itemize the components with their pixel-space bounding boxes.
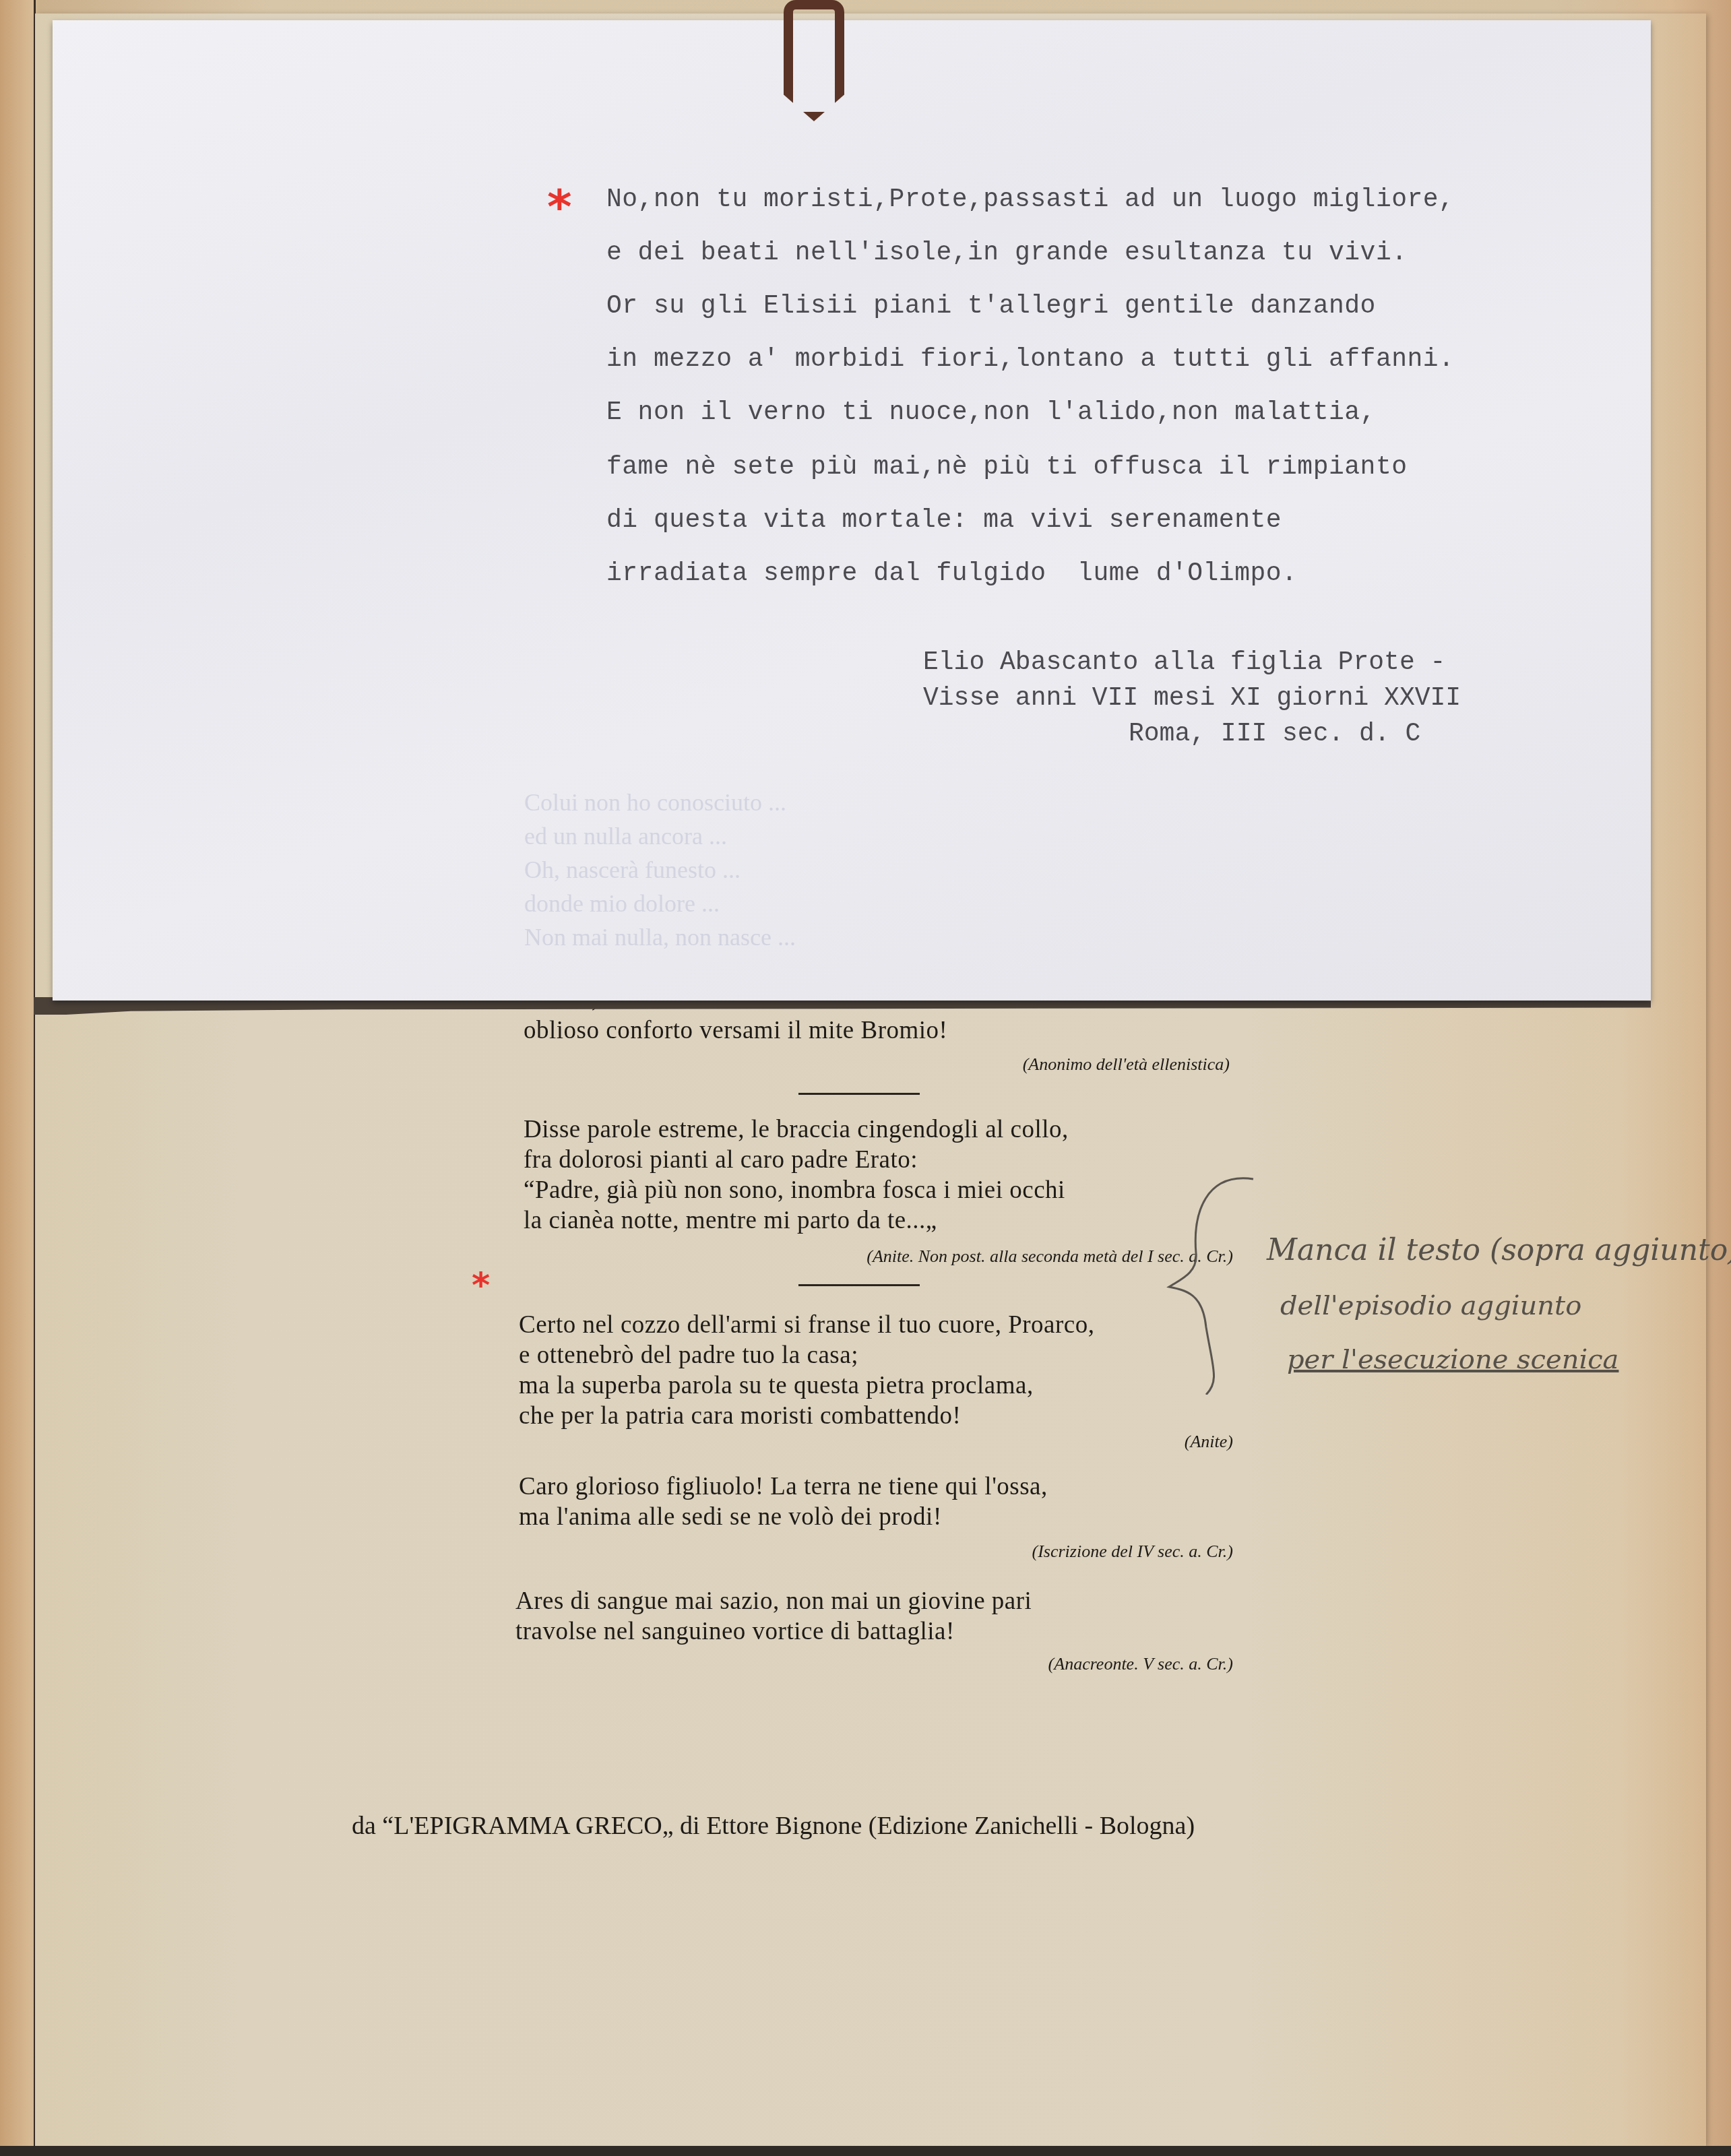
poem-line-6: fame nè sete più mai,nè più ti offusca i… xyxy=(606,453,1408,482)
handwritten-note-line-2: dell'episodio aggiunto xyxy=(1280,1290,1581,1321)
epigram-4-line-2: ma l'anima alle sedi se ne volò dei prod… xyxy=(519,1502,942,1531)
epigram-5-line-2: travolse nel sanguineo vortice di battag… xyxy=(515,1617,955,1646)
epigram-3-line-4: che per la patria cara moristi combatten… xyxy=(519,1401,961,1430)
table-surface xyxy=(0,2146,1731,2156)
epigram-4-line-1: Caro glorioso figliuolo! La terra ne tie… xyxy=(519,1472,1048,1501)
poem-line-4: in mezzo a' morbidi fiori,lontano a tutt… xyxy=(606,345,1454,374)
poem-line-3: Or su gli Elisii piani t'allegri gentile… xyxy=(606,292,1376,321)
binding-edge xyxy=(0,0,36,2156)
signature-line-1: Elio Abascanto alla figlia Prote - xyxy=(923,648,1445,677)
epigram-5-citation: (Anacreonte. V sec. a. Cr.) xyxy=(896,1654,1233,1674)
poem-line-2: e dei beati nell'isole,in grande esultan… xyxy=(606,239,1408,267)
red-asterisk-marker: * xyxy=(472,1268,490,1303)
poem-line-7: di questa vita mortale: ma vivi serename… xyxy=(606,506,1282,535)
handwritten-note-line-1: Manca il testo (sopra aggiunto) xyxy=(1267,1233,1731,1267)
epigram-2-line-1: Disse parole estreme, le braccia cingend… xyxy=(524,1115,1069,1144)
epigram-2-citation: (Anite. Non post. alla seconda metà del … xyxy=(674,1246,1233,1267)
epigram-3-line-3: ma la superba parola su te questa pietra… xyxy=(519,1371,1034,1400)
epigram-1-line-1: oblioso conforto versami il mite Bromio! xyxy=(524,1016,947,1045)
pencil-brace-icon xyxy=(1166,1172,1267,1395)
divider xyxy=(798,1284,920,1286)
epigram-5-line-1: Ares di sangue mai sazio, non mai un gio… xyxy=(515,1587,1032,1616)
poem-line-8: irradiata sempre dal fulgido lume d'Olim… xyxy=(606,559,1297,588)
red-asterisk-marker: * xyxy=(547,183,572,230)
show-through-text: Oh, nascerà funesto ... xyxy=(524,856,741,884)
signature-line-2: Visse anni VII mesi XI giorni XXVII xyxy=(923,684,1461,713)
show-through-text: ed un nulla ancora ... xyxy=(524,822,727,850)
epigram-3-line-1: Certo nel cozzo dell'armi si franse il t… xyxy=(519,1310,1095,1339)
epigram-3-citation: (Anite) xyxy=(1078,1432,1233,1452)
divider xyxy=(798,1093,920,1095)
epigram-2-line-3: “Padre, già più non sono, inombra fosca … xyxy=(524,1176,1065,1205)
poem-line-5: E non il verno ti nuoce,non l'alido,non … xyxy=(606,398,1376,427)
show-through-text: Non mai nulla, non nasce ... xyxy=(524,923,796,951)
epigram-2-line-2: fra dolorosi pianti al caro padre Erato: xyxy=(524,1145,918,1174)
show-through-text: Colui non ho conosciuto ... xyxy=(524,788,786,817)
epigram-4-citation: (Iscrizione del IV sec. a. Cr.) xyxy=(876,1542,1233,1562)
epigram-2-line-4: la cianèa notte, mentre mi parto da te..… xyxy=(524,1206,937,1235)
epigram-1-citation: (Anonimo dell'età ellenistica) xyxy=(842,1054,1230,1075)
handwritten-note-line-3: per l'esecuzione scenica xyxy=(1287,1344,1618,1375)
show-through-text: donde mio dolore ... xyxy=(524,889,720,918)
signature-line-3: Roma, III sec. d. C xyxy=(1129,720,1420,749)
source-footer: da “L'EPIGRAMMA GRECO„ di Ettore Bignone… xyxy=(352,1811,1195,1841)
epigram-3-line-2: e ottenebrò del padre tuo la casa; xyxy=(519,1341,858,1370)
poem-line-1: No,non tu moristi,Prote,passasti ad un l… xyxy=(606,185,1454,214)
